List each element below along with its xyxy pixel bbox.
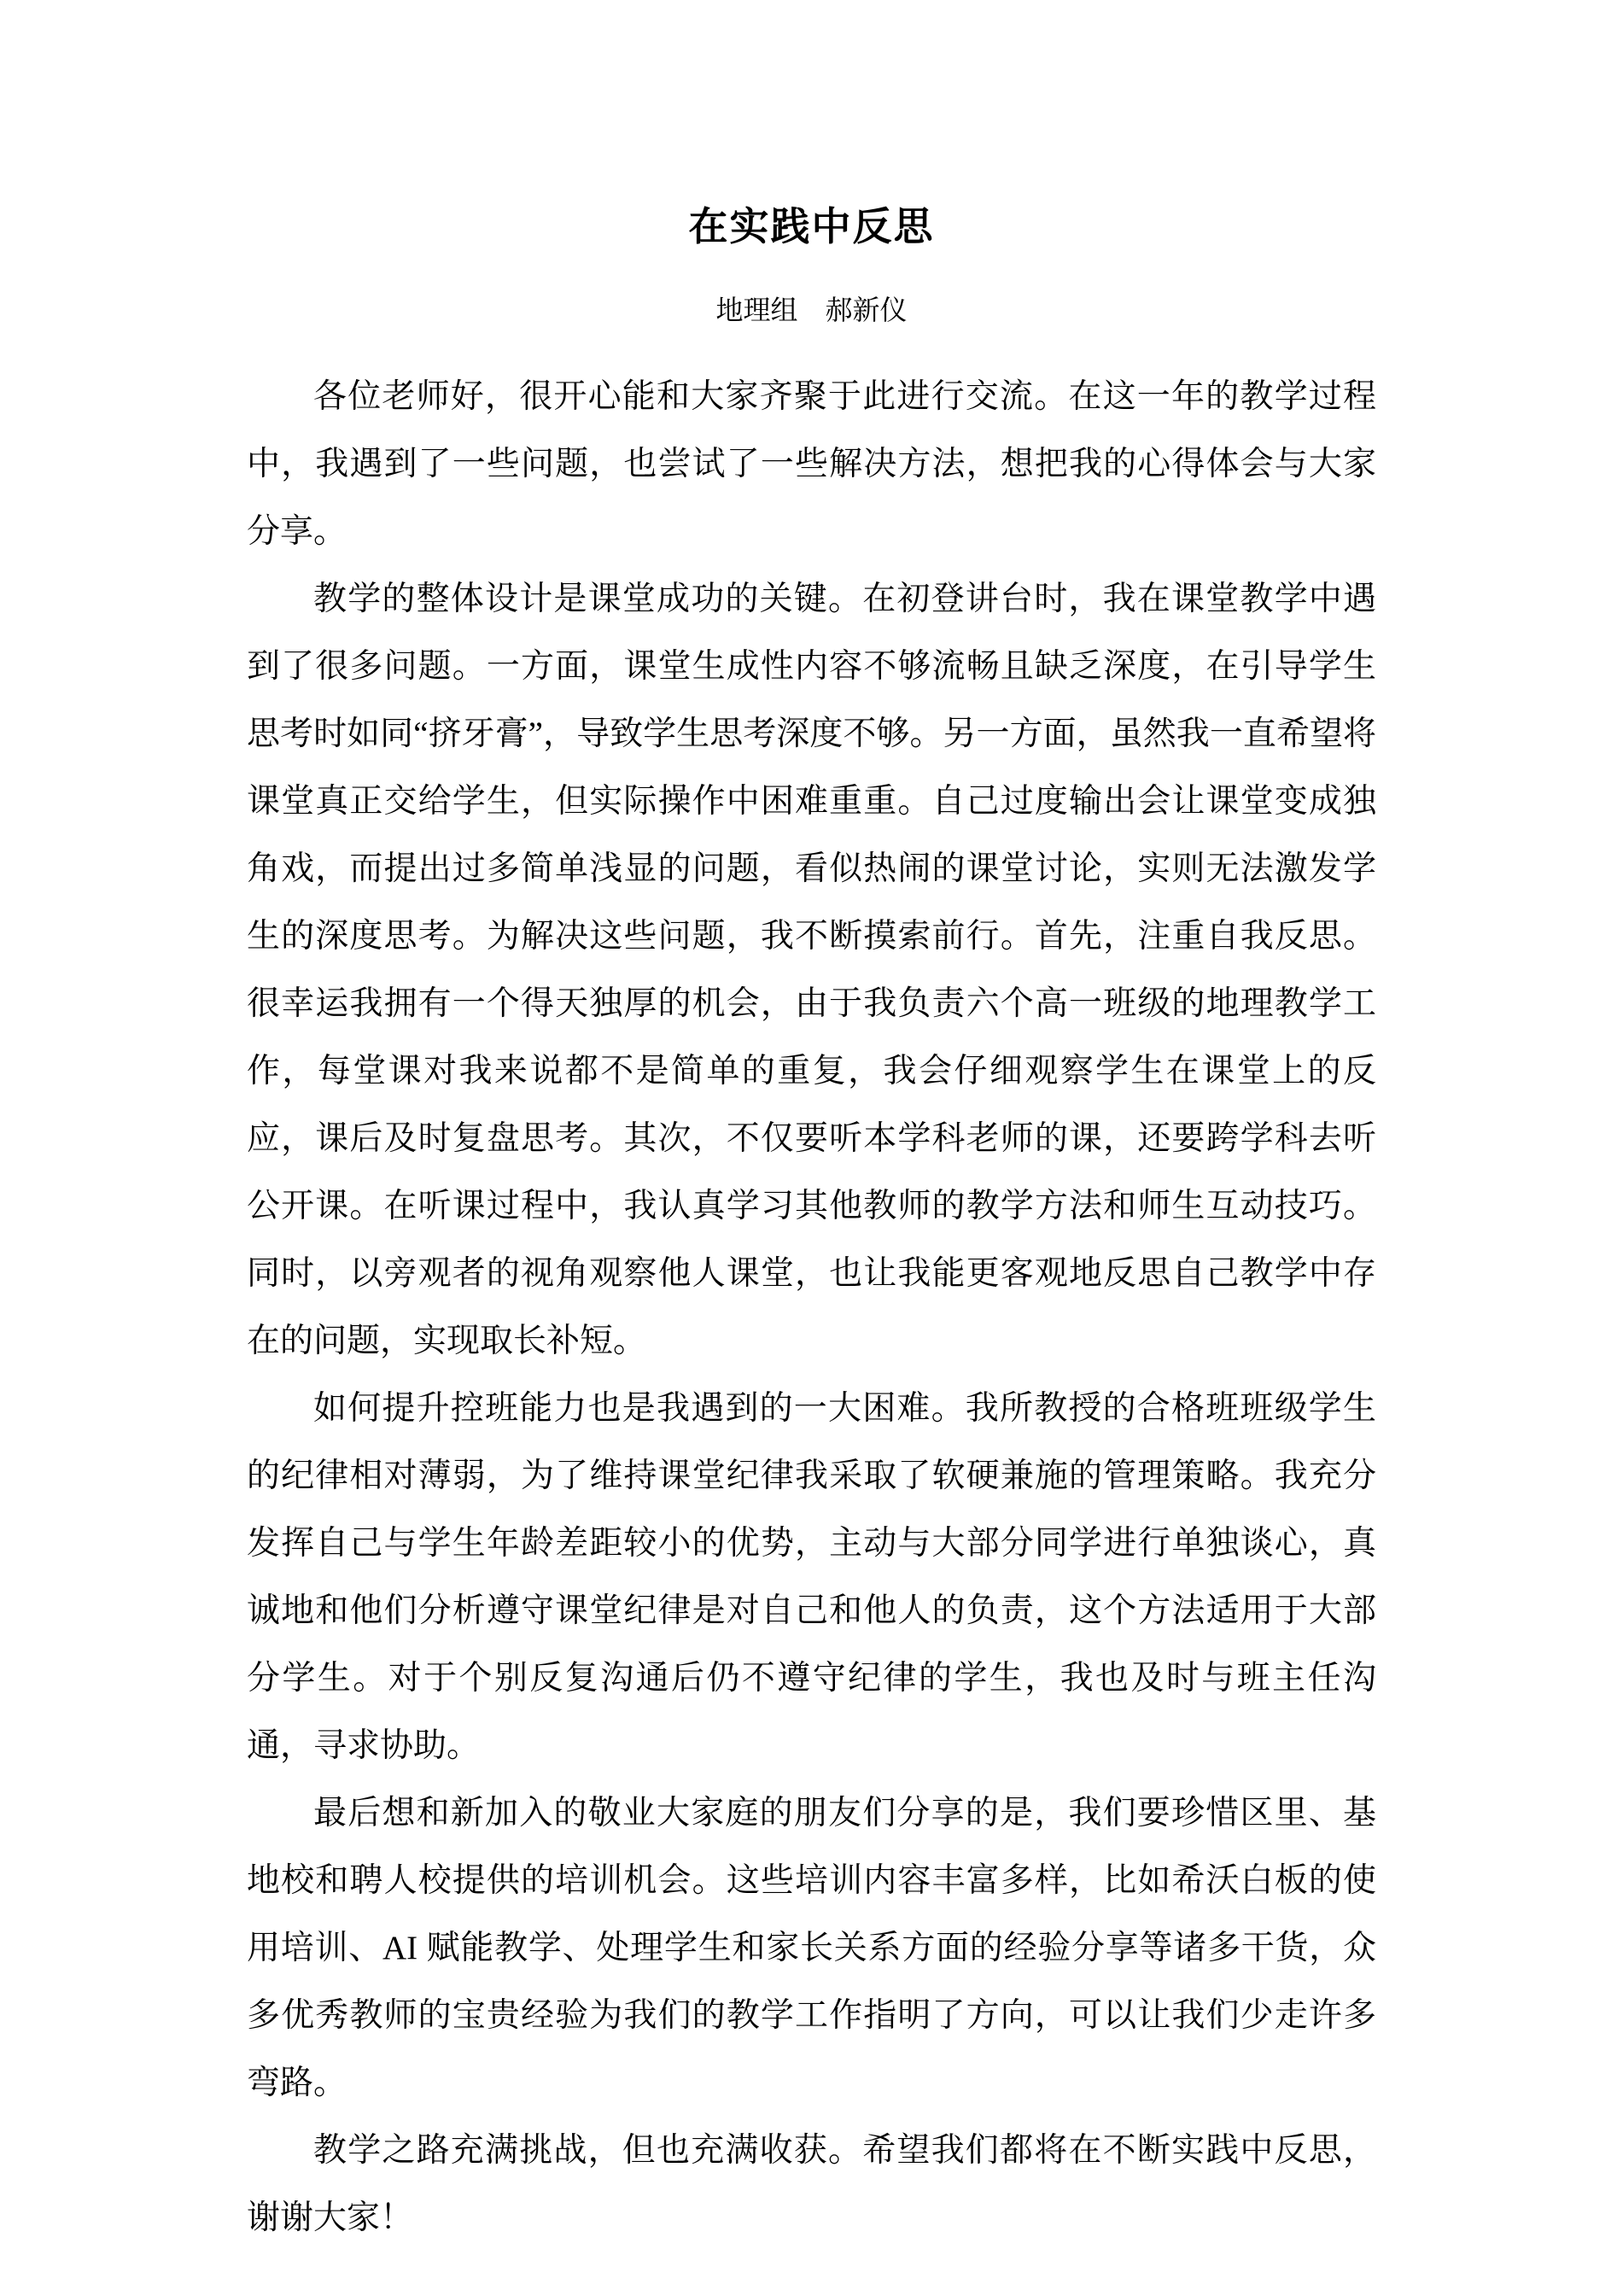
paragraph: 教学的整体设计是课堂成功的关键。在初登讲台时，我在课堂教学中遇到了很多问题。一方…: [247, 565, 1376, 1375]
document-content: 在实践中反思 地理组 郝新仪 各位老师好，很开心能和大家齐聚于此进行交流。在这一…: [247, 199, 1376, 2252]
paragraph: 最后想和新加入的敬业大家庭的朋友们分享的是，我们要珍惜区里、基地校和聘人校提供的…: [247, 1779, 1376, 2117]
paragraph: 教学之路充满挑战，但也充满收获。希望我们都将在不断实践中反思，谢谢大家！: [247, 2117, 1376, 2252]
paragraph: 各位老师好，很开心能和大家齐聚于此进行交流。在这一年的教学过程中，我遇到了一些问…: [247, 363, 1376, 565]
paragraph: 如何提升控班能力也是我遇到的一大困难。我所教授的合格班班级学生的纪律相对薄弱，为…: [247, 1375, 1376, 1779]
document-title: 在实践中反思: [247, 199, 1376, 255]
document-page: 在实践中反思 地理组 郝新仪 各位老师好，很开心能和大家齐聚于此进行交流。在这一…: [0, 0, 1623, 2296]
document-byline: 地理组 郝新仪: [247, 291, 1376, 329]
document-body: 各位老师好，很开心能和大家齐聚于此进行交流。在这一年的教学过程中，我遇到了一些问…: [247, 363, 1376, 2252]
